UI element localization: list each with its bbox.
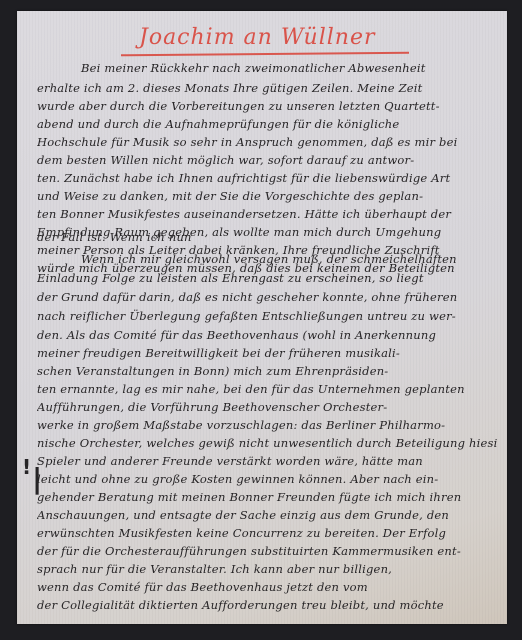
text-line: leicht und ohne zu große Kosten gewinnen… — [37, 472, 497, 492]
text-line: Spieler und anderer Freunde verstärkt wo… — [37, 454, 497, 474]
text-line: dem besten Willen nicht möglich war, sof… — [37, 153, 497, 173]
text-line: der für die Orchesteraufführungen substi… — [37, 544, 497, 564]
text-line: der Fall ist. Wenn ich nun — [37, 230, 497, 250]
text-line: werke in großem Maßstabe vorzuschlagen: … — [37, 418, 497, 438]
margin-vertical-bar: | — [32, 462, 42, 495]
text-line: gehender Beratung mit meinen Bonner Freu… — [37, 490, 497, 510]
text-line: meiner freudigen Bereitwilligkeit bei de… — [37, 346, 497, 366]
title-underline — [121, 52, 409, 57]
text-line: Wenn ich mir gleichwohl versagen muß, de… — [37, 252, 497, 272]
text-line: Hochschule für Musik so sehr in Anspruch… — [37, 135, 497, 155]
text-line: Aufführungen, die Vorführung Beethovensc… — [37, 400, 497, 420]
text-line: ten. Zunächst habe ich Ihnen aufrichtigs… — [37, 171, 497, 191]
text-line: sprach nur für die Veranstalter. Ich kan… — [37, 562, 497, 582]
text-line: abend und durch die Aufnahmeprüfungen fü… — [37, 117, 497, 137]
text-line: Anschauungen, und entsagte der Sache ein… — [37, 508, 497, 528]
text-line: nach reiflicher Überlegung gefaßten Ents… — [37, 309, 497, 329]
text-line: erwünschten Musikfesten keine Concurrenz… — [37, 526, 497, 546]
text-line: der Grund dafür darin, daß es nicht gesc… — [37, 290, 497, 310]
text-line: ten Bonner Musikfestes auseinandersetzen… — [37, 207, 497, 227]
text-line: wenn das Comité für das Beethovenhaus je… — [37, 580, 497, 600]
text-line: den. Als das Comité für das Beethovenhau… — [37, 328, 497, 348]
text-line: Bei meiner Rückkehr nach zweimonatlicher… — [37, 61, 497, 81]
text-line: der Collegialität diktierten Aufforderun… — [37, 598, 497, 618]
text-line: Einladung Folge zu leisten als Ehrengast… — [37, 271, 497, 291]
text-line: erhalte ich am 2. dieses Monats Ihre güt… — [37, 81, 497, 101]
text-line: nische Orchester, welches gewiß nicht un… — [37, 436, 497, 456]
text-line: wurde aber durch die Vorbereitungen zu u… — [37, 99, 497, 119]
text-line: schen Veranstaltungen in Bonn) mich zum … — [37, 364, 497, 384]
text-line: ten ernannte, lag es mir nahe, bei den f… — [37, 382, 497, 402]
letter-title: Joachim an Wüllner — [139, 25, 376, 50]
text-line: und Weise zu danken, mit der Sie die Vor… — [37, 189, 497, 209]
margin-exclamation-mark: ! — [22, 455, 31, 479]
